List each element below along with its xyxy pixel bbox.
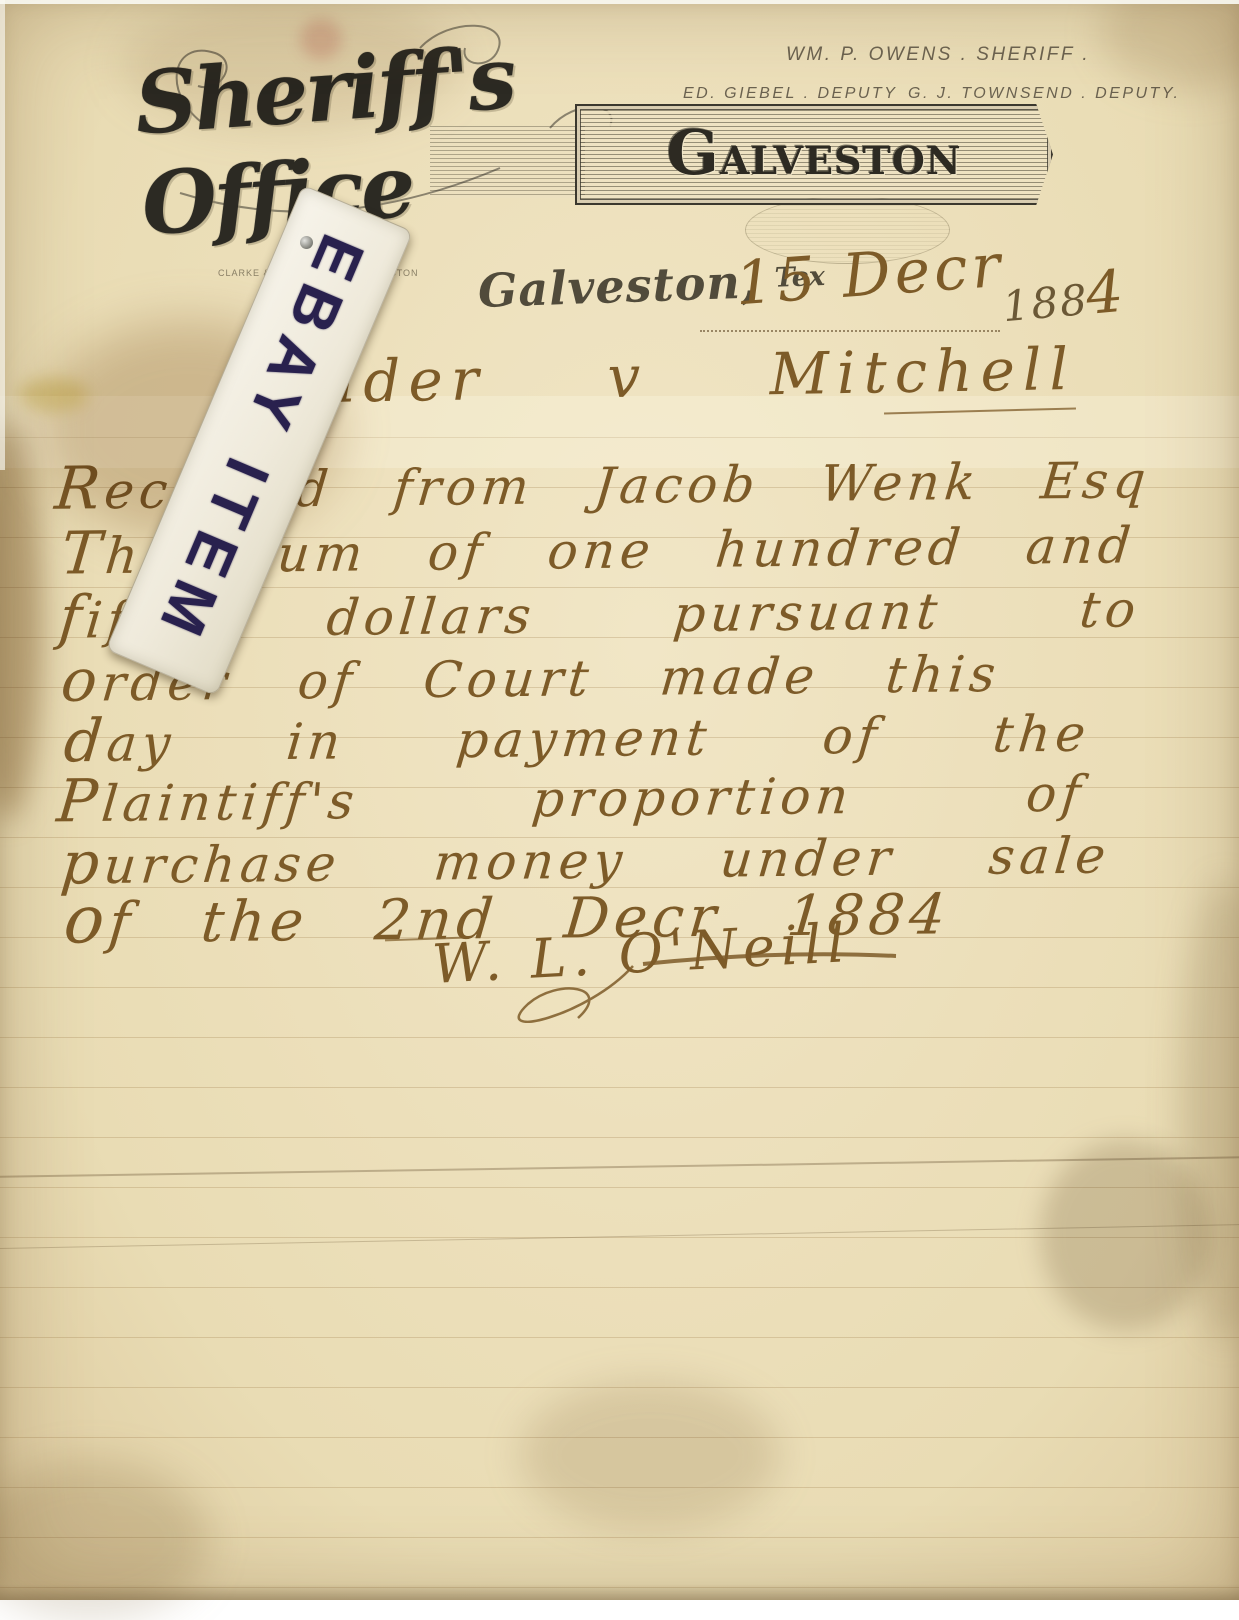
county-banner: GALVESTON COUNTY. <box>575 104 1053 205</box>
date-underline <box>700 330 1000 332</box>
dateline-year-printed: 188 <box>1001 275 1091 331</box>
letter-page: Sheriff's Office GALVESTON COUNTY. WM. P… <box>0 0 1239 1600</box>
deputy-left-line: ED. GIEBEL . DEPUTY <box>683 85 897 103</box>
deputy-right-line: G. J. TOWNSEND . DEPUTY. <box>908 85 1180 103</box>
dateline-place-text: Galveston, <box>477 254 759 318</box>
stain <box>1100 0 1239 90</box>
dateline-year: 1884 <box>999 257 1126 335</box>
signature-flourish <box>418 946 908 1046</box>
paper-pin <box>300 236 313 249</box>
scan-edge <box>0 0 1239 4</box>
scan-edge <box>0 1584 1239 1600</box>
case-caption: Auder v Mitchell <box>267 335 1076 417</box>
sheriff-name-line: WM. P. OWENS . SHERIFF . <box>786 44 1090 66</box>
dateline-year-digit: 4 <box>1083 257 1126 328</box>
scan-edge <box>0 0 5 470</box>
